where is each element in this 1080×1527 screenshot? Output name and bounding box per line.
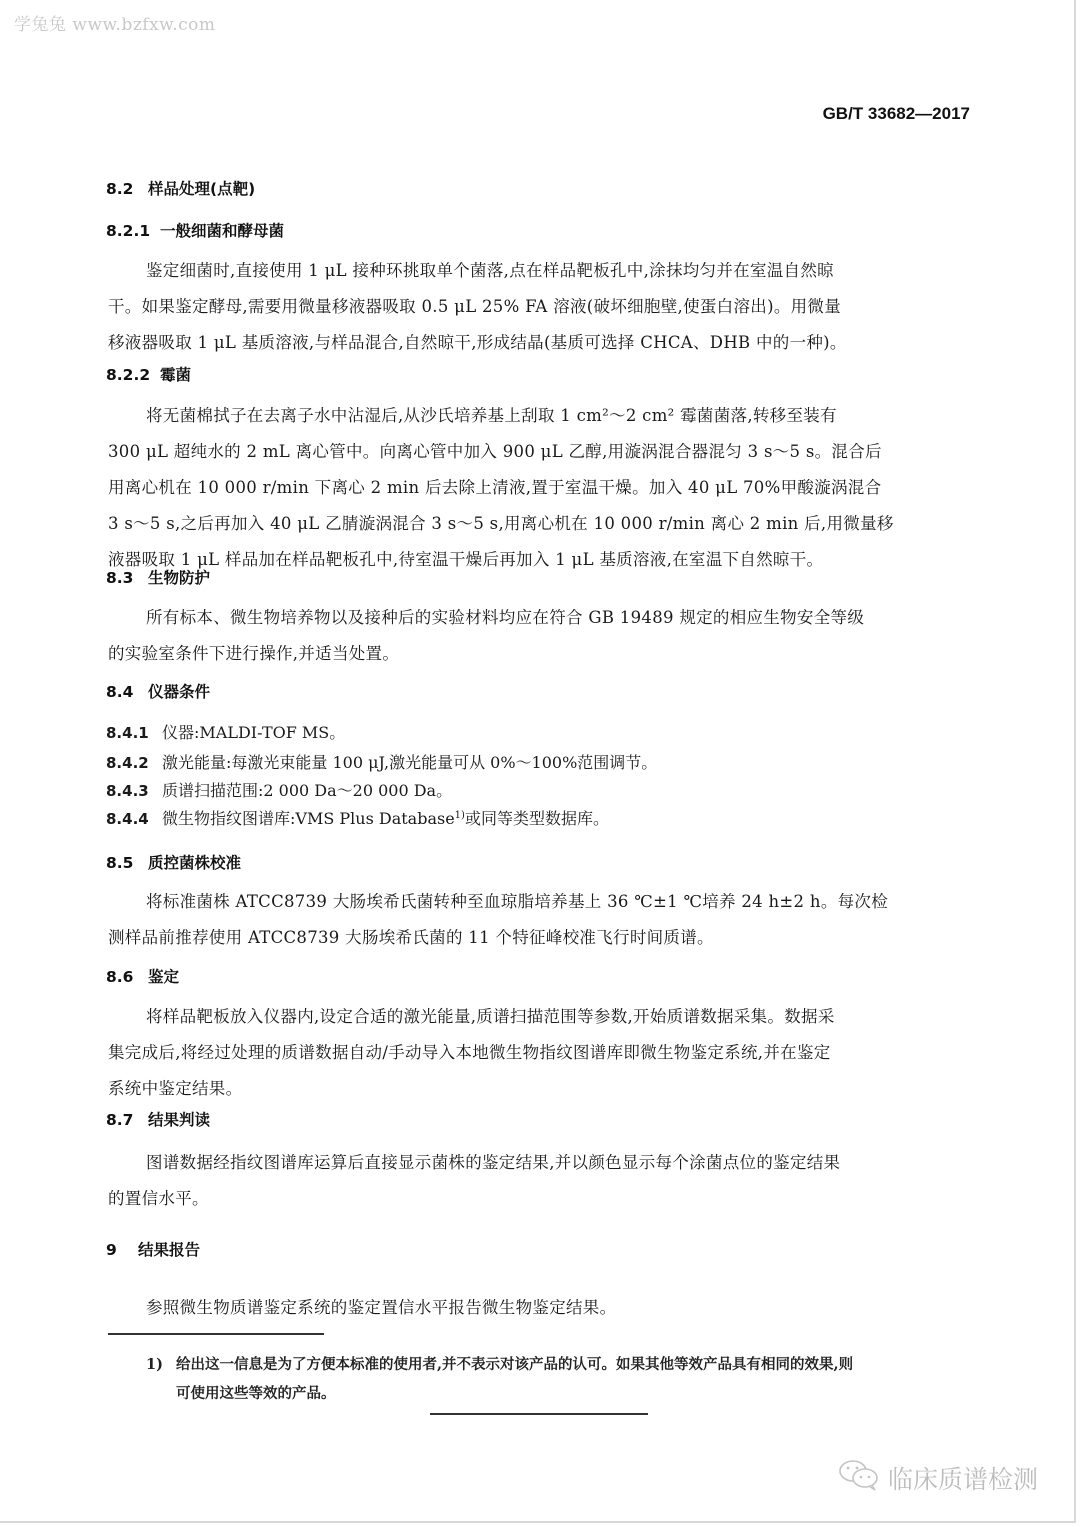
paragraph-line: 液器吸取 1 μL 样品加在样品靶板孔中,待室温干燥后再加入 1 μL 基质溶液… (108, 542, 970, 578)
wechat-icon (838, 1458, 880, 1498)
paragraph-line: 鉴定细菌时,直接使用 1 μL 接种环挑取单个菌落,点在样品靶板孔中,涂抹均匀并… (108, 253, 970, 289)
watermark-top: 学兔兔 www.bzfxw.com (14, 10, 215, 35)
footnote-marker: 1) (146, 1350, 176, 1379)
heading-8-4: 8.4仪器条件 (106, 680, 210, 702)
heading-8-3: 8.3生物防护 (106, 566, 210, 588)
paragraph-line: 集完成后,将经过处理的质谱数据自动/手动导入本地微生物指纹图谱库即微生物鉴定系统… (108, 1035, 970, 1071)
standard-code: GB/T 33682—2017 (823, 104, 970, 124)
heading-title: 结果判读 (148, 1111, 210, 1129)
paragraph-line: 用离心机在 10 000 r/min 下离心 2 min 后去除上清液,置于室温… (108, 470, 970, 506)
paragraph-line: 移液器吸取 1 μL 基质溶液,与样品混合,自然晾干,形成结晶(基质可选择 CH… (108, 325, 970, 361)
paragraph-line: 将标准菌株 ATCC8739 大肠埃希氏菌转种至血琼脂培养基上 36 ℃±1 ℃… (108, 884, 970, 920)
heading-number: 8.2.1 (106, 222, 160, 240)
heading-title: 生物防护 (148, 569, 210, 587)
paragraph-line: 干。如果鉴定酵母,需要用微量移液器吸取 0.5 μL 25% FA 溶液(破坏细… (108, 289, 970, 325)
paragraph-line: 将样品靶板放入仪器内,设定合适的激光能量,质谱扫描范围等参数,开始质谱数据采集。… (108, 999, 970, 1035)
wechat-account-name: 临床质谱检测 (888, 1460, 1038, 1496)
heading-number: 8.4 (106, 683, 148, 701)
item-text: 或同等类型数据库。 (465, 809, 609, 828)
heading-number: 8.5 (106, 854, 148, 872)
item-8-4-2: 8.4.2激光能量:每激光束能量 100 μJ,激光能量可从 0%～100%范围… (106, 750, 657, 773)
item-number: 8.4.3 (106, 782, 162, 800)
heading-title: 质控菌株校准 (148, 854, 241, 872)
item-8-4-3: 8.4.3质谱扫描范围:2 000 Da～20 000 Da。 (106, 778, 452, 801)
paragraph-line: 300 μL 超纯水的 2 mL 离心管中。向离心管中加入 900 μL 乙醇,… (108, 434, 970, 470)
paragraph-8-3: 所有标本、微生物培养物以及接种后的实验材料均应在符合 GB 19489 规定的相… (108, 600, 970, 672)
heading-9: 9结果报告 (106, 1238, 200, 1260)
paragraph-line: 3 s～5 s,之后再加入 40 μL 乙腈漩涡混合 3 s～5 s,用离心机在… (108, 506, 970, 542)
item-text: 仪器:MALDI-TOF MS。 (162, 723, 345, 742)
heading-number: 8.2 (106, 180, 148, 198)
footnote-line: 1)给出这一信息是为了方便本标准的使用者,并不表示对该产品的认可。如果其他等效产… (146, 1350, 853, 1379)
paragraph-8-6: 将样品靶板放入仪器内,设定合适的激光能量,质谱扫描范围等参数,开始质谱数据采集。… (108, 999, 970, 1107)
paragraph-line: 图谱数据经指纹图谱库运算后直接显示菌株的鉴定结果,并以颜色显示每个涂菌点位的鉴定… (108, 1145, 970, 1181)
wechat-watermark: 临床质谱检测 (838, 1458, 1038, 1498)
heading-number: 8.7 (106, 1111, 148, 1129)
paragraph-line: 参照微生物质谱鉴定系统的鉴定置信水平报告微生物鉴定结果。 (108, 1290, 970, 1326)
heading-title: 样品处理(点靶) (148, 180, 255, 198)
item-text: 激光能量:每激光束能量 100 μJ,激光能量可从 0%～100%范围调节。 (162, 753, 657, 772)
footnote: 1)给出这一信息是为了方便本标准的使用者,并不表示对该产品的认可。如果其他等效产… (146, 1350, 853, 1408)
heading-number: 8.2.2 (106, 366, 160, 384)
heading-8-2-2: 8.2.2霉菌 (106, 363, 191, 385)
heading-8-5: 8.5质控菌株校准 (106, 851, 241, 873)
end-rule (430, 1413, 648, 1415)
item-8-4-4: 8.4.4微生物指纹图谱库:VMS Plus Database1)或同等类型数据… (106, 806, 609, 829)
footnote-reference[interactable]: 1) (455, 810, 465, 821)
footnote-text: 给出这一信息是为了方便本标准的使用者,并不表示对该产品的认可。如果其他等效产品具… (176, 1356, 853, 1373)
heading-number: 9 (106, 1241, 138, 1259)
paragraph-8-5: 将标准菌株 ATCC8739 大肠埃希氏菌转种至血琼脂培养基上 36 ℃±1 ℃… (108, 884, 970, 956)
item-8-4-1: 8.4.1仪器:MALDI-TOF MS。 (106, 720, 345, 743)
paragraph-line: 将无菌棉拭子在去离子水中沾湿后,从沙氏培养基上刮取 1 cm²～2 cm² 霉菌… (108, 398, 970, 434)
paragraph-8-2-2: 将无菌棉拭子在去离子水中沾湿后,从沙氏培养基上刮取 1 cm²～2 cm² 霉菌… (108, 398, 970, 578)
item-text: 微生物指纹图谱库:VMS Plus Database (162, 809, 455, 828)
heading-8-6: 8.6鉴定 (106, 965, 179, 987)
paragraph-line: 所有标本、微生物培养物以及接种后的实验材料均应在符合 GB 19489 规定的相… (108, 600, 970, 636)
item-number: 8.4.2 (106, 754, 162, 772)
paragraph-line: 的置信水平。 (108, 1181, 970, 1217)
item-number: 8.4.4 (106, 810, 162, 828)
heading-number: 8.6 (106, 968, 148, 986)
paragraph-line: 测样品前推荐使用 ATCC8739 大肠埃希氏菌的 11 个特征峰校准飞行时间质… (108, 920, 970, 956)
paragraph-line: 的实验室条件下进行操作,并适当处置。 (108, 636, 970, 672)
footnote-separator (108, 1333, 324, 1335)
heading-title: 仪器条件 (148, 683, 210, 701)
heading-title: 鉴定 (148, 968, 179, 986)
footnote-line: 可使用这些等效的产品。 (146, 1379, 853, 1408)
heading-title: 结果报告 (138, 1241, 200, 1259)
heading-title: 霉菌 (160, 366, 191, 384)
heading-number: 8.3 (106, 569, 148, 587)
heading-8-2-1: 8.2.1一般细菌和酵母菌 (106, 219, 284, 241)
paragraph-9: 参照微生物质谱鉴定系统的鉴定置信水平报告微生物鉴定结果。 (108, 1290, 970, 1326)
heading-title: 一般细菌和酵母菌 (160, 222, 284, 240)
item-text: 质谱扫描范围:2 000 Da～20 000 Da。 (162, 781, 452, 800)
paragraph-8-7: 图谱数据经指纹图谱库运算后直接显示菌株的鉴定结果,并以颜色显示每个涂菌点位的鉴定… (108, 1145, 970, 1217)
paragraph-8-2-1: 鉴定细菌时,直接使用 1 μL 接种环挑取单个菌落,点在样品靶板孔中,涂抹均匀并… (108, 253, 970, 361)
heading-8-2: 8.2样品处理(点靶) (106, 177, 255, 199)
item-number: 8.4.1 (106, 724, 162, 742)
heading-8-7: 8.7结果判读 (106, 1108, 210, 1130)
paragraph-line: 系统中鉴定结果。 (108, 1071, 970, 1107)
